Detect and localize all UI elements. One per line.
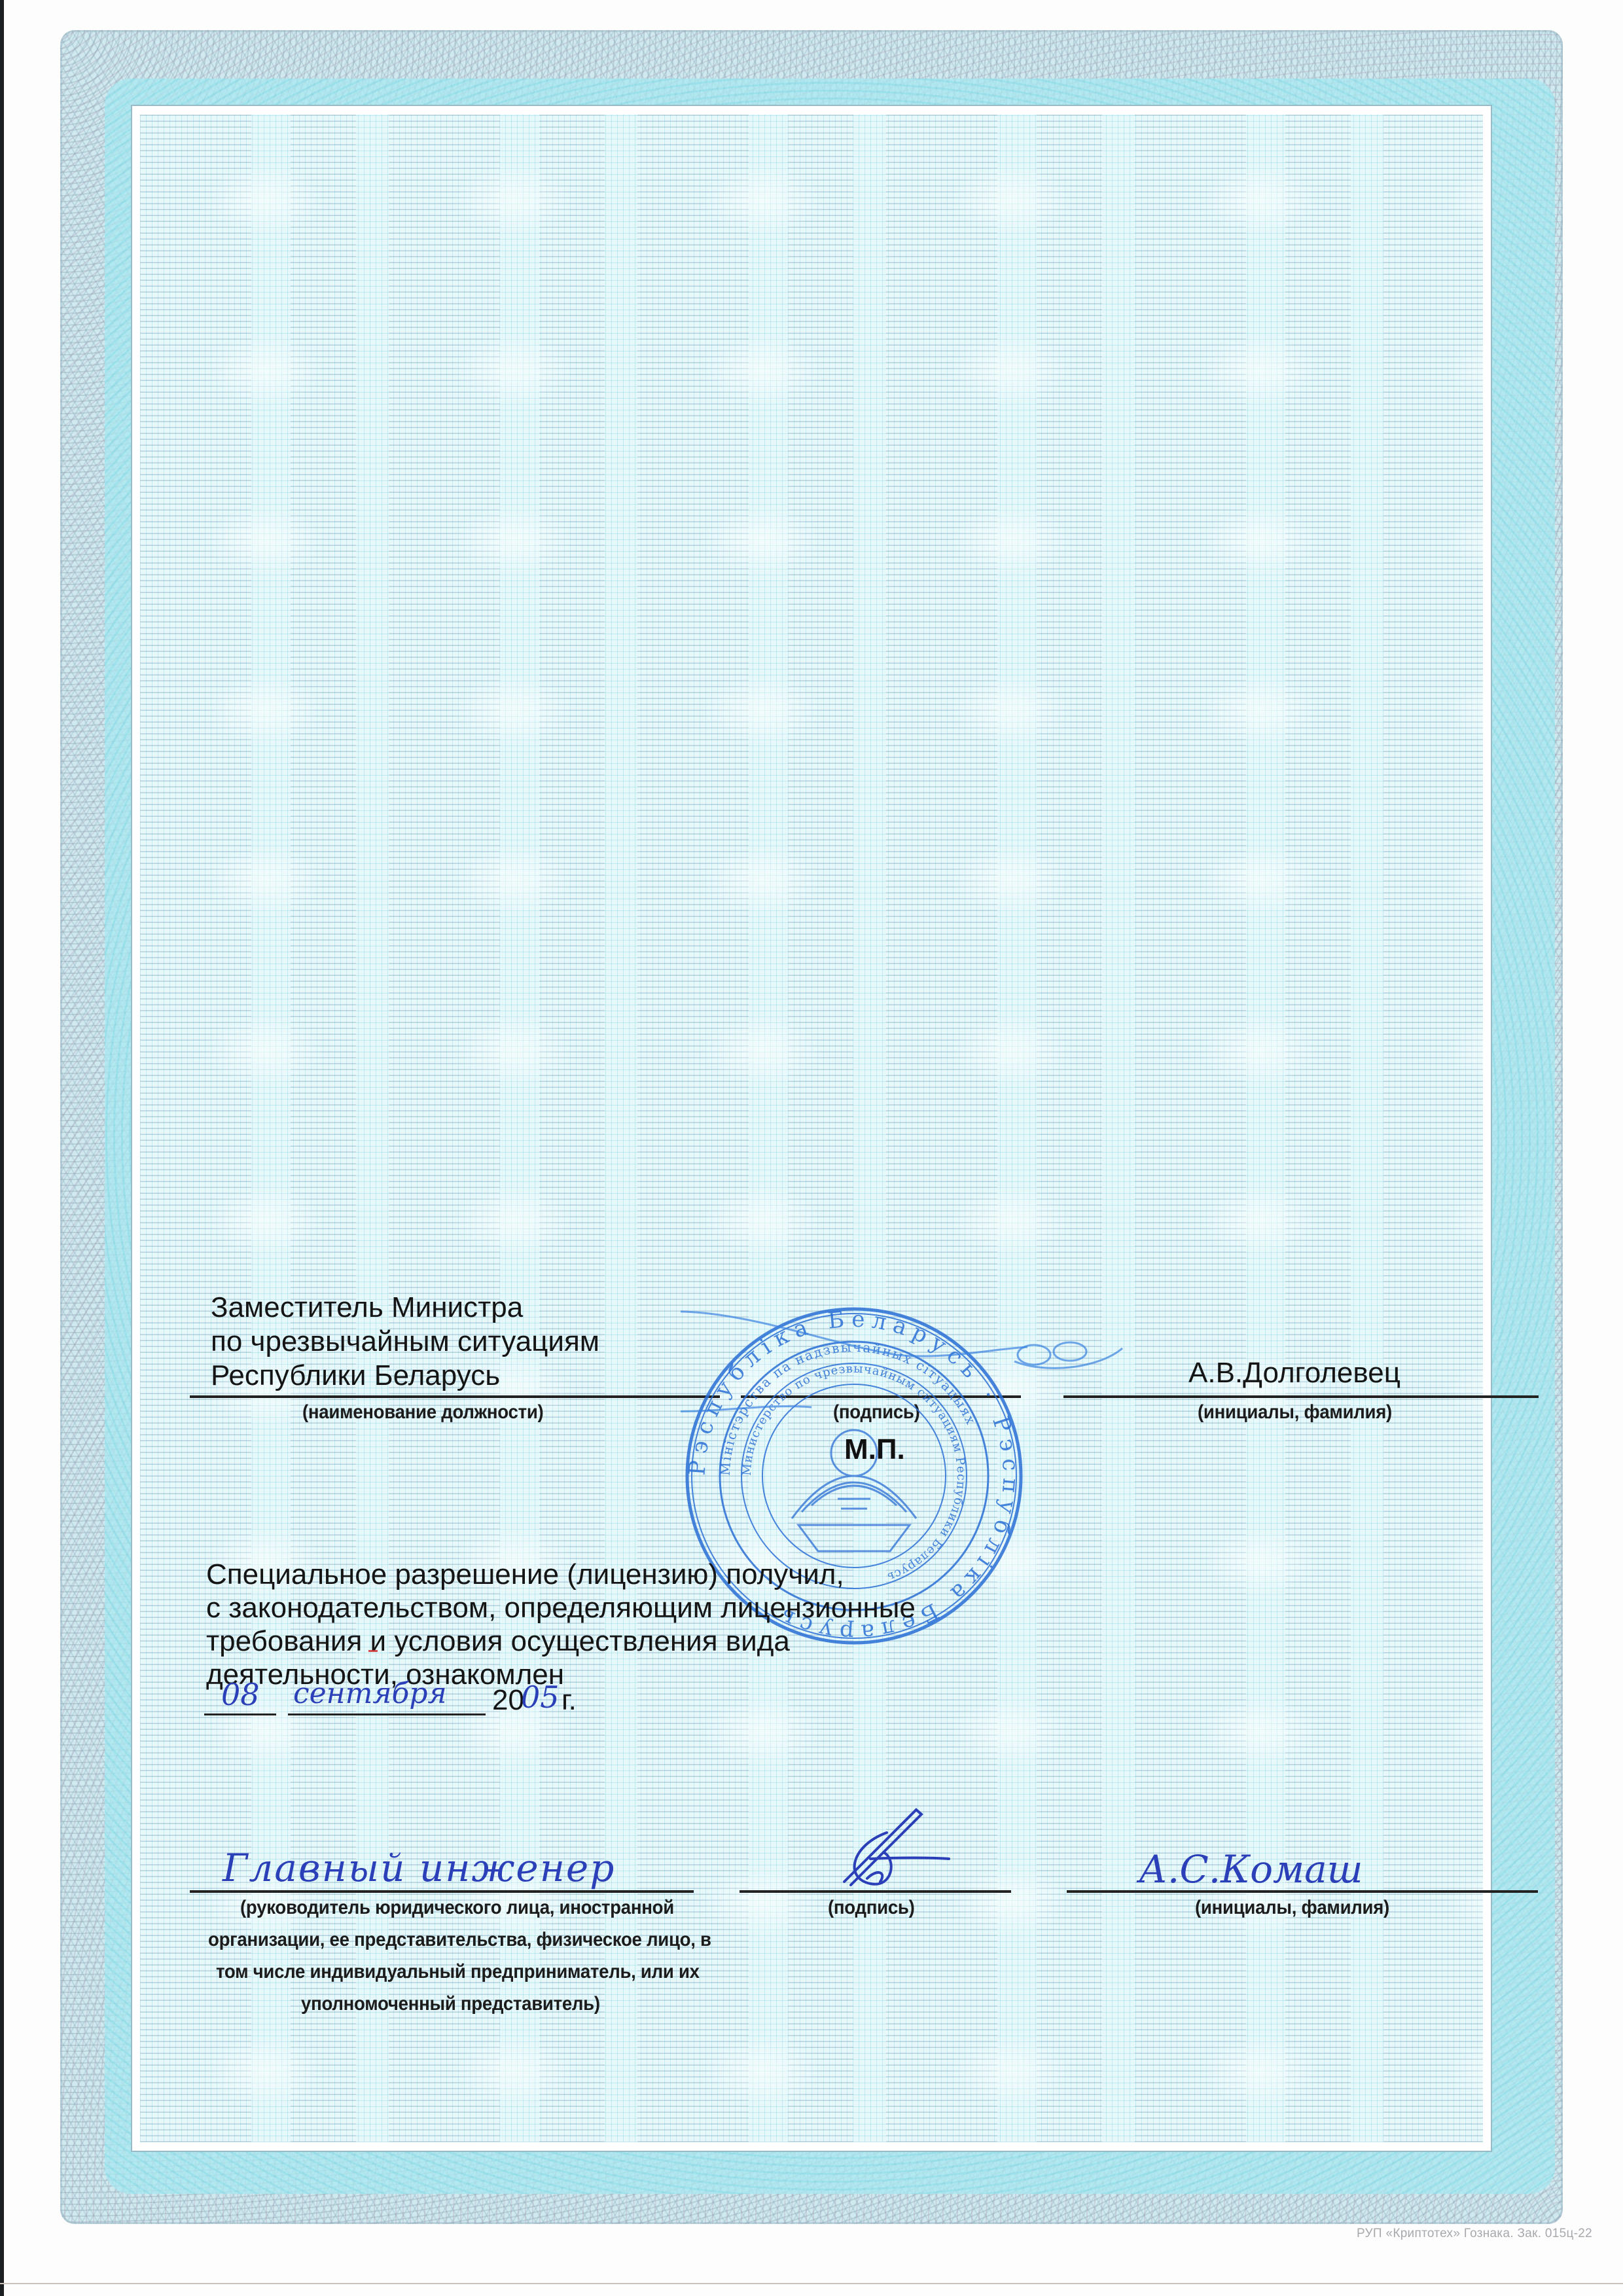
seal-place-label: М.П.	[844, 1433, 905, 1466]
date-year-suffix: 05	[521, 1679, 560, 1715]
printer-imprint: РУП «Криптотех» Гознака. Зак. 015ц-22	[1357, 2227, 1592, 2241]
scan-bottom-edge	[0, 2283, 1623, 2284]
red-mark	[368, 1650, 378, 1652]
scan-edge	[0, 0, 4, 2296]
recipient-name-handwritten: А.С.Комаш	[1139, 1847, 1363, 1892]
ack-line-2: с законодательством, определяющим лиценз…	[206, 1591, 916, 1625]
date-day: 08	[221, 1677, 260, 1712]
security-field	[140, 115, 1483, 2142]
official-name-caption: (инициалы, фамилия)	[1198, 1401, 1392, 1424]
date-month: сентября	[293, 1677, 447, 1710]
recipient-position-caption-2: организации, ее представительства, физич…	[208, 1928, 711, 1952]
official-signature-caption: (подпись)	[833, 1401, 920, 1424]
official-name: А.В.Долголевец	[1188, 1356, 1400, 1390]
official-position-line	[190, 1395, 720, 1398]
ack-line-1: Специальное разрешение (лицензию) получи…	[206, 1558, 844, 1592]
date-year-unit: г.	[562, 1683, 577, 1717]
official-position-caption: (наименование должности)	[302, 1401, 543, 1424]
official-signature-scribble	[1008, 1329, 1126, 1374]
date-month-line	[288, 1713, 486, 1715]
official-signature-line	[741, 1395, 1021, 1398]
date-day-line	[204, 1713, 276, 1715]
watermark-highlights	[140, 115, 1483, 2142]
official-name-line	[1063, 1395, 1539, 1398]
official-position-line-3: Республики Беларусь	[211, 1359, 500, 1393]
recipient-position-handwritten: Главный инженер	[223, 1846, 615, 1890]
date-year-prefix: 20	[492, 1683, 524, 1717]
recipient-signature-caption: (подпись)	[828, 1896, 915, 1920]
recipient-name-caption: (инициалы, фамилия)	[1195, 1896, 1389, 1920]
official-position-line-1: Заместитель Министра	[211, 1291, 523, 1325]
recipient-position-line	[190, 1890, 694, 1893]
official-position-line-2: по чрезвычайным ситуациям	[211, 1325, 599, 1359]
recipient-position-caption-4: уполномоченный представитель)	[301, 1992, 600, 2016]
recipient-position-caption-1: (руководитель юридического лица, иностра…	[240, 1896, 674, 1920]
recipient-signature	[831, 1806, 1001, 1892]
recipient-position-caption-3: том числе индивидуальный предприниматель…	[216, 1960, 700, 1984]
ack-line-3: требования и условия осуществления вида	[206, 1624, 790, 1659]
